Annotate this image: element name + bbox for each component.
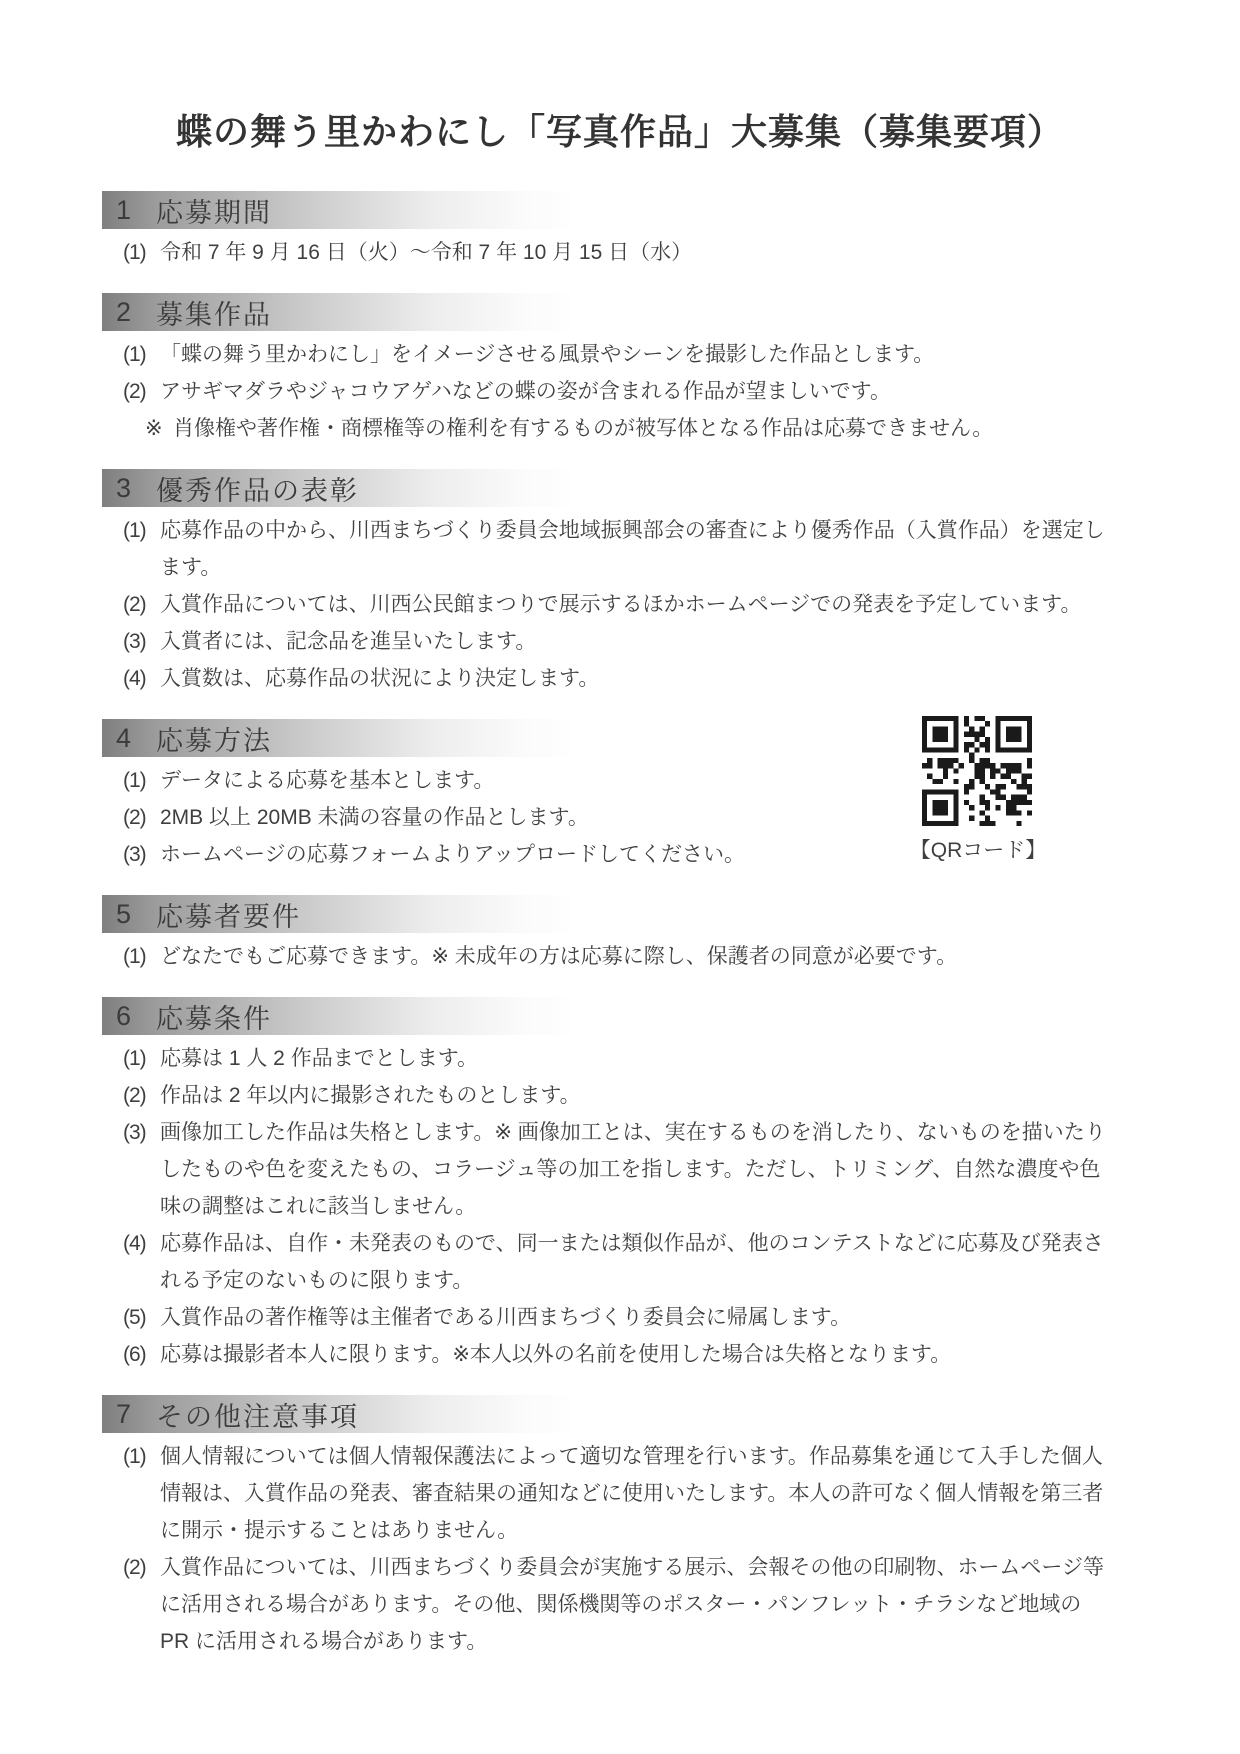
- note-item: ※ 肖像権や著作権・商標権等の権利を有するものが被写体となる作品は応募できません…: [145, 410, 1115, 447]
- item-marker: (2): [123, 1549, 160, 1660]
- qr-code-image: [922, 715, 1032, 827]
- section-7-header: 7 その他注意事項: [102, 1395, 572, 1433]
- item-marker: (3): [123, 623, 160, 660]
- section-number: 4: [102, 723, 156, 754]
- item-text: 応募は撮影者本人に限ります。※本人以外の名前を使用した場合は失格となります。: [160, 1336, 1115, 1373]
- section-2: 2 募集作品 (1) 「蝶の舞う里かわにし」をイメージさせる風景やシーンを撮影し…: [102, 293, 1240, 447]
- list-item: (2) アサギマダラやジャコウアゲハなどの蝶の姿が含まれる作品が望ましいです。: [123, 373, 1115, 410]
- list-item: (2) 入賞作品については、川西公民館まつりで展示するほかホームページでの発表を…: [123, 586, 1115, 623]
- note-marker: ※: [145, 410, 173, 447]
- section-number: 3: [102, 473, 156, 504]
- item-marker: (3): [123, 1114, 160, 1225]
- item-text: どなたでもご応募できます。※ 未成年の方は応募に際し、保護者の同意が必要です。: [160, 938, 1115, 975]
- document-title: 蝶の舞う里かわにし「写真作品」大募集（募集要項）: [0, 0, 1240, 155]
- section-number: 5: [102, 899, 156, 930]
- section-number: 7: [102, 1399, 156, 1430]
- section-heading: 募集作品: [156, 293, 572, 332]
- section-1: 1 応募期間 (1) 令和 7 年 9 月 16 日（火）～令和 7 年 10 …: [102, 191, 1240, 271]
- list-item: (1) 令和 7 年 9 月 16 日（火）～令和 7 年 10 月 15 日（…: [123, 234, 1115, 271]
- item-text: 応募は 1 人 2 作品までとします。: [160, 1040, 1115, 1077]
- list-item: (3) 入賞者には、記念品を進呈いたします。: [123, 623, 1115, 660]
- qr-code-caption: 【QRコード】: [898, 832, 1058, 869]
- list-item: (4) 応募作品は、自作・未発表のもので、同一または類似作品が、他のコンテストな…: [123, 1225, 1115, 1299]
- item-text: 入賞作品の著作権等は主催者である川西まちづくり委員会に帰属します。: [160, 1299, 1115, 1336]
- document-page: 蝶の舞う里かわにし「写真作品」大募集（募集要項） 1 応募期間 (1) 令和 7…: [0, 0, 1240, 1754]
- list-item: (1) 個人情報については個人情報保護法によって適切な管理を行います。作品募集を…: [123, 1438, 1115, 1549]
- item-marker: (4): [123, 660, 160, 697]
- section-number: 6: [102, 1001, 156, 1032]
- section-5-items: (1) どなたでもご応募できます。※ 未成年の方は応募に際し、保護者の同意が必要…: [123, 938, 1115, 975]
- section-6-header: 6 応募条件: [102, 997, 572, 1035]
- section-1-items: (1) 令和 7 年 9 月 16 日（火）～令和 7 年 10 月 15 日（…: [123, 234, 1115, 271]
- list-item: (6) 応募は撮影者本人に限ります。※本人以外の名前を使用した場合は失格となりま…: [123, 1336, 1115, 1373]
- item-text: 応募作品は、自作・未発表のもので、同一または類似作品が、他のコンテストなどに応募…: [160, 1225, 1115, 1299]
- item-text: 作品は 2 年以内に撮影されたものとします。: [160, 1077, 1115, 1114]
- section-heading: 応募条件: [156, 997, 572, 1036]
- list-item: (5) 入賞作品の著作権等は主催者である川西まちづくり委員会に帰属します。: [123, 1299, 1115, 1336]
- item-marker: (1): [123, 1040, 160, 1077]
- item-text: アサギマダラやジャコウアゲハなどの蝶の姿が含まれる作品が望ましいです。: [160, 373, 1115, 410]
- list-item: (1) 応募作品の中から、川西まちづくり委員会地域振興部会の審査により優秀作品（…: [123, 512, 1115, 586]
- item-text: 画像加工した作品は失格とします。※ 画像加工とは、実在するものを消したり、ないも…: [160, 1114, 1115, 1225]
- item-marker: (4): [123, 1225, 160, 1299]
- item-marker: (2): [123, 1077, 160, 1114]
- list-item: (1) どなたでもご応募できます。※ 未成年の方は応募に際し、保護者の同意が必要…: [123, 938, 1115, 975]
- section-6: 6 応募条件 (1) 応募は 1 人 2 作品までとします。 (2) 作品は 2…: [102, 997, 1240, 1373]
- item-marker: (1): [123, 234, 160, 271]
- item-marker: (1): [123, 1438, 160, 1549]
- item-marker: (1): [123, 938, 160, 975]
- section-3: 3 優秀作品の表彰 (1) 応募作品の中から、川西まちづくり委員会地域振興部会の…: [102, 469, 1240, 697]
- item-text: 入賞作品については、川西まちづくり委員会が実施する展示、会報その他の印刷物、ホー…: [160, 1549, 1115, 1660]
- section-3-items: (1) 応募作品の中から、川西まちづくり委員会地域振興部会の審査により優秀作品（…: [123, 512, 1115, 697]
- section-5-header: 5 応募者要件: [102, 895, 572, 933]
- item-marker: (1): [123, 512, 160, 586]
- item-text: 「蝶の舞う里かわにし」をイメージさせる風景やシーンを撮影した作品とします。: [160, 336, 1115, 373]
- item-marker: (3): [123, 836, 160, 873]
- section-4: 4 応募方法 (1) データによる応募を基本とします。 (2) 2MB 以上 2…: [102, 719, 1240, 873]
- item-text: 肖像権や著作権・商標権等の権利を有するものが被写体となる作品は応募できません。: [173, 410, 1115, 447]
- item-text: 入賞者には、記念品を進呈いたします。: [160, 623, 1115, 660]
- item-text: 入賞数は、応募作品の状況により決定します。: [160, 660, 1115, 697]
- section-7: 7 その他注意事項 (1) 個人情報については個人情報保護法によって適切な管理を…: [102, 1395, 1240, 1660]
- list-item: (2) 入賞作品については、川西まちづくり委員会が実施する展示、会報その他の印刷…: [123, 1549, 1115, 1660]
- item-marker: (6): [123, 1336, 160, 1373]
- section-heading: 応募者要件: [156, 895, 572, 934]
- item-marker: (5): [123, 1299, 160, 1336]
- section-1-header: 1 応募期間: [102, 191, 572, 229]
- item-marker: (2): [123, 373, 160, 410]
- section-heading: 応募方法: [156, 719, 572, 758]
- qr-code-svg: [922, 715, 1032, 827]
- section-7-items: (1) 個人情報については個人情報保護法によって適切な管理を行います。作品募集を…: [123, 1438, 1115, 1660]
- section-number: 2: [102, 297, 156, 328]
- item-text: 令和 7 年 9 月 16 日（火）～令和 7 年 10 月 15 日（水）: [160, 234, 1115, 271]
- item-marker: (1): [123, 336, 160, 373]
- item-text: 入賞作品については、川西公民館まつりで展示するほかホームページでの発表を予定して…: [160, 586, 1115, 623]
- section-heading: その他注意事項: [156, 1395, 572, 1434]
- list-item: (4) 入賞数は、応募作品の状況により決定します。: [123, 660, 1115, 697]
- list-item: (1) 応募は 1 人 2 作品までとします。: [123, 1040, 1115, 1077]
- item-text: 個人情報については個人情報保護法によって適切な管理を行います。作品募集を通じて入…: [160, 1438, 1115, 1549]
- section-number: 1: [102, 195, 156, 226]
- item-text: 応募作品の中から、川西まちづくり委員会地域振興部会の審査により優秀作品（入賞作品…: [160, 512, 1115, 586]
- list-item: (3) 画像加工した作品は失格とします。※ 画像加工とは、実在するものを消したり…: [123, 1114, 1115, 1225]
- list-item: (1) 「蝶の舞う里かわにし」をイメージさせる風景やシーンを撮影した作品とします…: [123, 336, 1115, 373]
- section-5: 5 応募者要件 (1) どなたでもご応募できます。※ 未成年の方は応募に際し、保…: [102, 895, 1240, 975]
- section-3-header: 3 優秀作品の表彰: [102, 469, 572, 507]
- list-item: (2) 作品は 2 年以内に撮影されたものとします。: [123, 1077, 1115, 1114]
- section-2-items: (1) 「蝶の舞う里かわにし」をイメージさせる風景やシーンを撮影した作品とします…: [123, 336, 1115, 447]
- section-heading: 応募期間: [156, 191, 572, 230]
- section-heading: 優秀作品の表彰: [156, 469, 572, 508]
- item-marker: (1): [123, 762, 160, 799]
- section-2-header: 2 募集作品: [102, 293, 572, 331]
- item-marker: (2): [123, 799, 160, 836]
- item-marker: (2): [123, 586, 160, 623]
- section-4-header: 4 応募方法: [102, 719, 572, 757]
- section-6-items: (1) 応募は 1 人 2 作品までとします。 (2) 作品は 2 年以内に撮影…: [123, 1040, 1115, 1373]
